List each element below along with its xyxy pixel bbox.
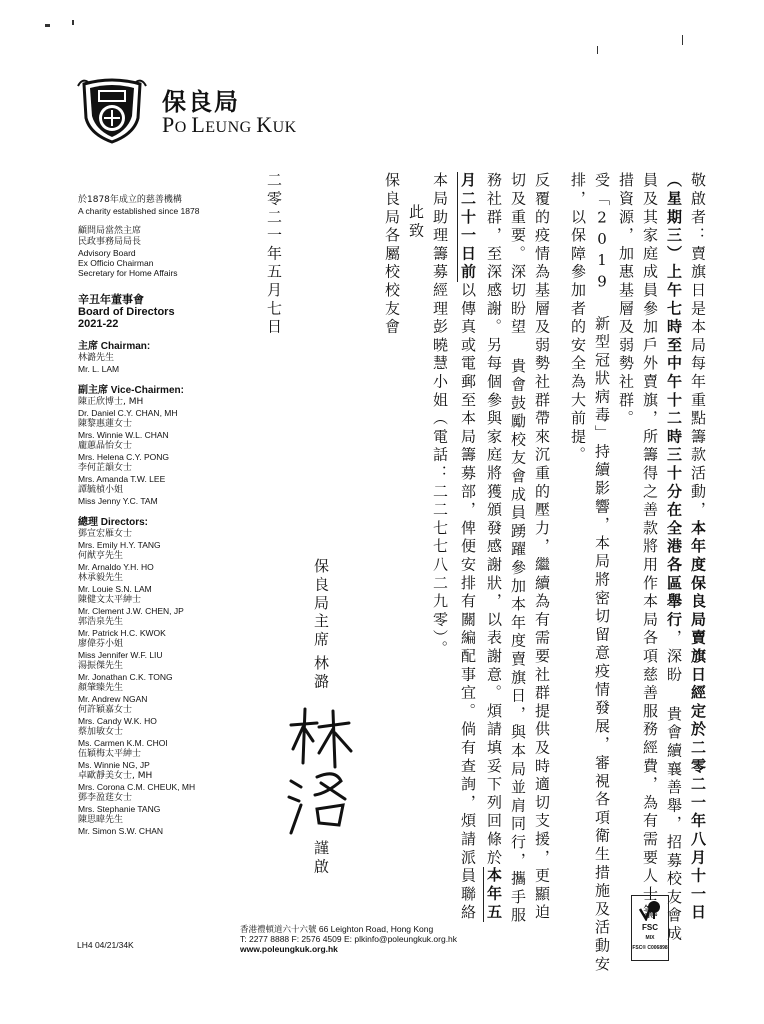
member-name-zh: 何猷亨先生 [78,551,238,562]
member-name-en: Mrs. Winnie W.L. CHAN [78,430,238,440]
member-name-zh: 陳健文太平紳士 [78,595,238,606]
board-member: 郭浩泉先生Mr. Patrick H.C. KWOK [78,617,238,638]
member-name-en: Mr. Patrick H.C. KWOK [78,628,238,638]
board-member: 卓歐靜美女士, MHMrs. Corona C.M. CHEUK, MH [78,771,238,792]
member-name-en: Mr. Jonathan C.K. TONG [78,672,238,682]
member-name-en: Mr. Louie S.N. LAM [78,584,238,594]
footer-contact: 香港禮頓道六十六號 66 Leighton Road, Hong Kong T:… [240,924,457,954]
letter-date: 二零二一年五月七日 [266,172,281,337]
board-member: 龐蕙晶怡女士Mrs. Helena C.Y. PONG [78,441,238,462]
fsc-tree-icon [638,899,662,921]
letter-column-1: 敬啟者：賣旗日是本局每年重點籌款活動，本年度保良局賣旗日經定於二零二一年八月十一… [690,172,705,922]
board-title: 辛丑年董事會 Board of Directors 2021-22 [78,294,238,330]
letter-column-11: 本局助理籌募經理彭曉慧小姐（電話：二二七七八二九零）。 [432,172,447,659]
member-name-zh: 鄧李盈莛女士 [78,793,238,804]
handwritten-signature [287,705,357,845]
member-name-zh: 卓歐靜美女士, MH [78,771,238,782]
member-name-zh: 伍穎梅太平紳士 [78,749,238,760]
po-leung-kuk-crest-logo [76,74,148,144]
member-name-en: Mrs. Emily H.Y. TANG [78,540,238,550]
member-name-zh: 何許穎嘉女士 [78,705,238,716]
member-name-zh: 龐蕙晶怡女士 [78,441,238,452]
member-name-zh: 李何芷韻女士 [78,463,238,474]
board-member: 陳正欣博士, MHDr. Daniel C.Y. CHAN, MH [78,397,238,418]
signatory-title: 保良局主席 [313,558,328,650]
board-member: 廖偉芬小姐Miss Jennifer W.F. LIU [78,639,238,660]
member-name-en: Mrs. Helena C.Y. PONG [78,452,238,462]
footer-address: 香港禮頓道六十六號 66 Leighton Road, Hong Kong [240,924,457,934]
member-name-zh: 陳黎惠蓮女士 [78,419,238,430]
footer-website-link[interactable]: www.poleungkuk.org.hk [240,944,457,954]
closing-phrase: 此致 [408,204,423,241]
board-member: 李何芷韻女士Mrs. Amanda T.W. LEE [78,463,238,484]
member-name-zh: 譚毓楨小姐 [78,485,238,496]
letter-column-7: 反覆的疫情為基層及弱勢社群帶來沉重的壓力，繼續為有需要社群提供及時適切支援，更顯… [534,172,549,922]
board-member: 蔡加敏女士Ms. Carmen K.M. CHOI [78,727,238,748]
board-member: 陳黎惠蓮女士Mrs. Winnie W.L. CHAN [78,419,238,440]
signatory-name: 林潞 [313,655,328,692]
org-name-en: PO LEUNG KUK [162,112,297,138]
member-name-en: Mr. Arnaldo Y.H. HO [78,562,238,572]
member-name-zh: 廖偉芬小姐 [78,639,238,650]
fsc-certification-logo: FSC MIX FSC® C006898 [631,895,669,961]
member-name-en: Ms. Carmen K.M. CHOI [78,738,238,748]
member-name-en: Mrs. Corona C.M. CHEUK, MH [78,782,238,792]
member-name-zh: 郭浩泉先生 [78,617,238,628]
board-member: 譚毓楨小姐Miss Jenny Y.C. TAM [78,485,238,506]
letter-column-5: 受「2019 新型冠狀病毒」持續影響，本局將密切留意疫情發展，審視各項衛生措施及… [594,172,609,974]
document-code: LH4 04/21/34K [77,940,134,950]
board-member: 何許穎嘉女士Mrs. Candy W.K. HO [78,705,238,726]
letter-column-3: 員及其家庭成員參加戶外賣旗，所籌得之善款將用作本局各項慈善服務經費，為有需要人士… [642,172,657,922]
board-member: 伍穎梅太平紳士Ms. Winnie NG, JP [78,749,238,770]
member-name-zh: 湯振傑先生 [78,661,238,672]
letter-column-9: 務社群，至深感謝。另每個參與家庭將獲頒發感謝狀，以表謝意。煩請填妥下列回條於本年… [486,172,501,922]
letter-column-6: 排，以保障參加者的安全為大前提。 [570,172,585,465]
member-name-en: Mr. Andrew NGAN [78,694,238,704]
member-name-zh: 顏肇臻先生 [78,683,238,694]
member-name-zh: 林承毅先生 [78,573,238,584]
board-member: 何猷亨先生Mr. Arnaldo Y.H. HO [78,551,238,572]
member-name-en: Dr. Daniel C.Y. CHAN, MH [78,408,238,418]
letter-column-4: 措資源，加惠基層及弱勢社群。 [618,172,633,428]
member-name-zh: 蔡加敏女士 [78,727,238,738]
member-name-en: Miss Jenny Y.C. TAM [78,496,238,506]
board-member: 陳思暐先生Mr. Simon S.W. CHAN [78,815,238,836]
vice-chairmen-section: 副主席 Vice-Chairmen: 陳正欣博士, MHDr. Daniel C… [78,384,238,506]
member-name-en: Mr. Simon S.W. CHAN [78,826,238,836]
member-name-zh: 陳正欣博士, MH [78,397,238,408]
directors-section: 總理 Directors: 鄧宣宏雁女士Mrs. Emily H.Y. TANG… [78,516,238,836]
member-name-en: Miss Jennifer W.F. LIU [78,650,238,660]
member-name-en: Mr. Clement J.W. CHEN, JP [78,606,238,616]
board-member: 林承毅先生Mr. Louie S.N. LAM [78,573,238,594]
member-name-zh: 鄧宣宏雁女士 [78,529,238,540]
board-member: 顏肇臻先生Mr. Andrew NGAN [78,683,238,704]
member-name-en: Mrs. Stephanie TANG [78,804,238,814]
board-member: 鄧宣宏雁女士Mrs. Emily H.Y. TANG [78,529,238,550]
sign-off: 謹啟 [313,840,328,877]
addressee: 保良局各屬校校友會 [384,172,399,337]
board-member: 陳健文太平紳士Mr. Clement J.W. CHEN, JP [78,595,238,616]
letter-column-10: 月二十一日前以傳真或電郵至本局籌募部，俾便安排有關編配事宜。倘有查詢，煩請派員聯… [460,172,475,922]
board-sidebar: 於1878年成立的慈善機構 A charity established sinc… [78,195,238,846]
letter-column-8: 切及重要。深切盼望 貴會鼓勵校友會成員踴躍參加本年度賣旗日，與本局並肩同行，攜手… [510,172,525,925]
letter-column-2: （星期三）上午七時至中午十二時三十分在全港各區舉行，深盼 貴會續襄善舉，招募校友… [666,172,681,944]
member-name-en: Mrs. Amanda T.W. LEE [78,474,238,484]
member-name-zh: 陳思暐先生 [78,815,238,826]
chairman-section: 主席 Chairman: 林潞先生 Mr. L. LAM [78,340,238,374]
advisory-info: 顧問局當然主席 民政事務局局長 Advisory Board Ex Offici… [78,226,238,278]
founding-info: 於1878年成立的慈善機構 A charity established sinc… [78,195,238,216]
footer-phone-fax-email: T: 2277 8888 F: 2576 4509 E: plkinfo@pol… [240,934,457,944]
board-member: 湯振傑先生Mr. Jonathan C.K. TONG [78,661,238,682]
board-member: 鄧李盈莛女士Mrs. Stephanie TANG [78,793,238,814]
member-name-en: Mrs. Candy W.K. HO [78,716,238,726]
member-name-en: Ms. Winnie NG, JP [78,760,238,770]
